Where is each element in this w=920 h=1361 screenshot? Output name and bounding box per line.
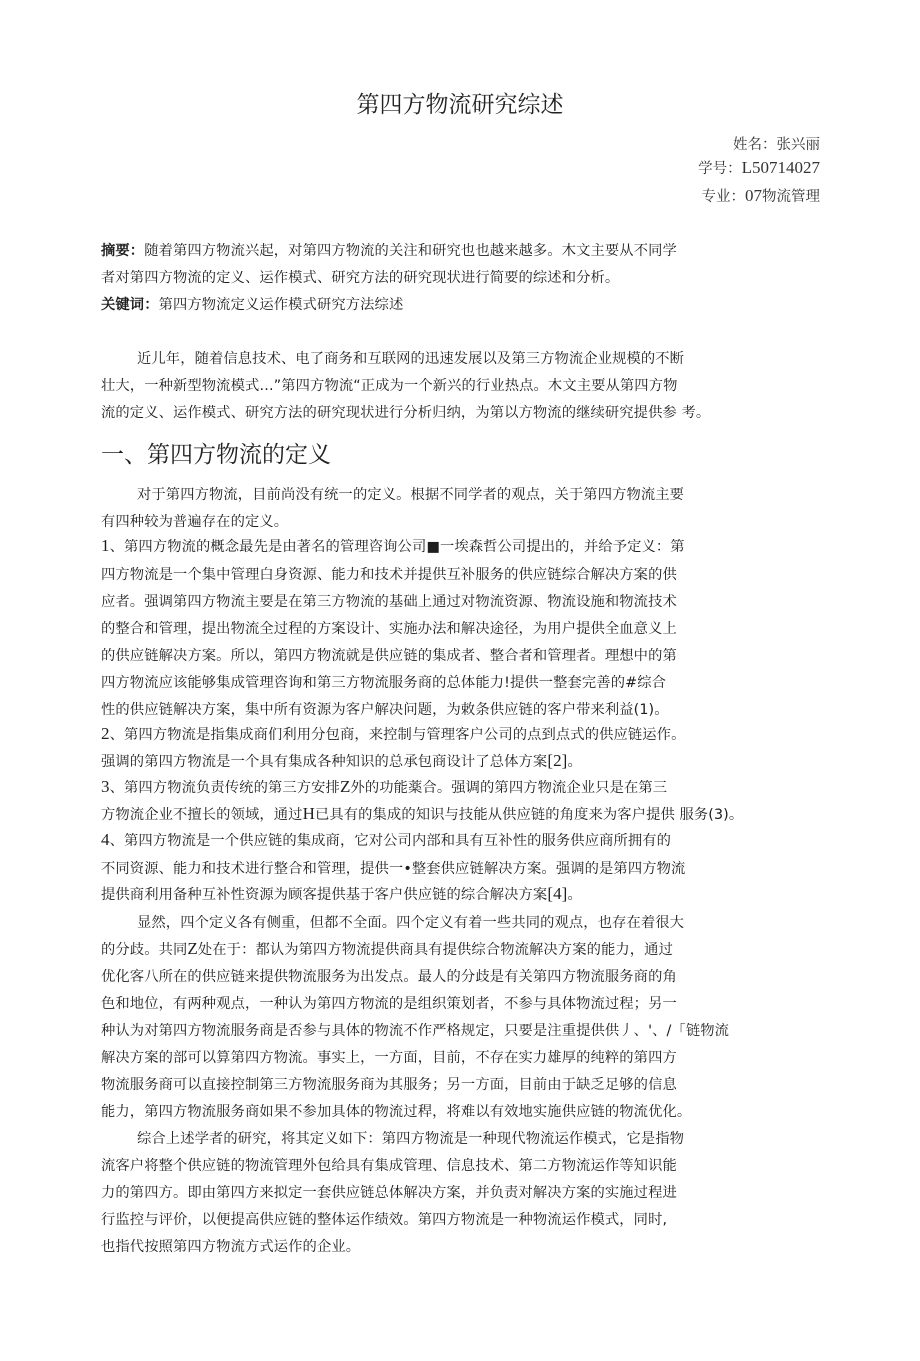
citation-ref: [2] — [547, 751, 567, 770]
definition-1-line: 1、第四方物流的概念最先是由著名的管理咨询公司■一埃森哲公司提出的，并给予定义：… — [101, 536, 685, 556]
intro-line: 壮大，一种新型物流模式…”第四方物流“正成为一个新兴的行业热点。木文主要从第四方… — [101, 375, 678, 395]
student-id: 学号：L50714027 — [698, 157, 820, 178]
discussion-line: 的分歧。共同Z处在于：都认为第四方物流提供商具有提供综合物流解决方案的能力，通过 — [101, 939, 673, 959]
abstract-line-2: 者对第四方物流的定义、运作模式、研究方法的研究现状进行简要的综述和分析。 — [101, 267, 619, 287]
summary-line: 力的第四方。即由第四方来拟定一套供应链总体解决方案，并负责对解决方案的实施过程进 — [101, 1182, 677, 1202]
abstract-label: 摘要： — [101, 243, 144, 259]
summary-line: 也指代按照第四方物流方式运作的企业。 — [101, 1236, 360, 1256]
definition-2-line: 强调的第四方物流是一个具有集成各种知识的总承包商设计了总体方案[2]。 — [101, 751, 582, 771]
definition-1-line: 应者。强调第四方物流主要是在第三方物流的基础上通过对物流资源、物流设施和物流技术 — [101, 591, 677, 611]
definition-4-line: 不同资源、能力和技术进行整合和管理，提供一•整套供应链解决方案。强调的是第四方物… — [101, 858, 685, 878]
definition-3-line: 方物流企业不擅长的领域，通过H已具有的集成的知识与技能从供应链的角度来为客户提供… — [101, 804, 743, 824]
keywords-label: 关键词： — [101, 297, 159, 313]
citation-ref: [4] — [547, 884, 567, 903]
discussion-line: 物流服务商可以直接控制第三方物流服务商为其服务；另一方面，目前由于缺乏足够的信息 — [101, 1074, 677, 1094]
student-id-label: 学号： — [698, 161, 742, 177]
intro-line: 流的定义、运作模式、研究方法的研究现状进行分析归纳，为第以方物流的继续研究提供参… — [101, 402, 710, 422]
major-num: 07 — [745, 186, 762, 205]
definition-3-line: 3、第四方物流负责传统的第三方安排Z外的功能薬合。强调的第四方物流企业只是在第三 — [101, 777, 667, 797]
definition-1-line: 性的供应链解决方案，集中所有资源为客户解决问题，为敕条供应链的客户带来利益(1)… — [101, 699, 669, 719]
discussion-line: 能力，第四方物流服务商如果不参加具体的物流过稈，将难以有效地实施供应链的物流优化… — [101, 1101, 691, 1121]
discussion-line: 色和地位，有两种观点，一种认为第四方物流的是组织策划者，不参与具体物流过程；另一 — [101, 993, 677, 1013]
definition-1-line: 四方物流是一个集中管理白身资源、能力和技术并提供互补服务的供应链综合解决方案的供 — [101, 564, 677, 584]
summary-line: 行监控与评价，以便提高供应链的整体运作绩效。第四方物流是一种物流运作模式，同时, — [101, 1209, 667, 1229]
major-label: 专业： — [702, 189, 746, 205]
para-line: 有四种较为普遍存在的定义。 — [101, 511, 288, 531]
definition-1-line: 的整合和管理，提出物流全过程的方案设计、实施办法和解决途径，为用户提供全血意义上 — [101, 618, 677, 638]
major-value: 物流管理 — [762, 189, 820, 205]
author-name: 姓名：张兴丽 — [733, 133, 820, 154]
definition-1-line: 的供应链解决方案。所以，第四方物流就是供应链的集成者、整合者和管理者。理想中的第 — [101, 645, 677, 665]
document-page: 第四方物流研究综述 姓名：张兴丽 学号：L50714027 专业：07物流管理 … — [0, 0, 920, 1361]
discussion-line: 优化客八所在的供应链来提供物流服务为出发点。最人的分歧是有关第四方物流服务商的角 — [101, 966, 677, 986]
major: 专业：07物流管理 — [702, 185, 821, 206]
keywords: 关键词：第四方物流定义运作模式研究方法综述 — [101, 294, 403, 314]
definition-1-line: 四方物流应该能够集成管理咨询和第三方物流服务商的总体能力!提供一整套完善的#综合 — [101, 672, 666, 692]
section-heading: 一、第四方物流的定义 — [101, 436, 331, 469]
definition-4-line: 4、第四方物流是一个供应链的集成商，它对公司内部和具有互补性的服务供应商所拥有的 — [101, 830, 671, 850]
keywords-text: 第四方物流定义运作模式研究方法综述 — [159, 297, 404, 313]
abstract-line-1: 摘要：随着第四方物流兴起，对第四方物流的关注和研究也也越来越多。木文主要从不同学 — [101, 240, 677, 260]
summary-line: 综合上述学者的研究，将其定义如下：第四方物流是一种现代物流运作模式，它是指物 — [137, 1128, 684, 1148]
discussion-line: 显然，四个定义各有侧重，但都不全面。四个定义有着一些共同的观点，也存在着很大 — [137, 912, 684, 932]
student-id-value: L50714027 — [742, 158, 820, 177]
definition-2-line: 2、第四方物流是指集成商们利用分包商，来控制与管理客户公司的点到点式的供应链运作… — [101, 724, 685, 744]
discussion-line: 种认为对第四方物流服务商是否参与具体的物流不作严格规定，只要是注重提供供丿、'、… — [101, 1020, 729, 1040]
discussion-line: 解决方案的部可以算第四方物流。事实上，一方面，目前，不存在实力雄厚的纯粹的第四方 — [101, 1047, 677, 1067]
document-title: 第四方物流研究综述 — [0, 86, 920, 119]
definition-4-line: 提供商利用备种互补性资源为顾客提供基于客户供应链的综合解决方案[4]。 — [101, 884, 582, 904]
summary-line: 流客户将整个供应链的物流管理外包给具有集成管理、信息技术、第二方物流运作等知识能 — [101, 1155, 677, 1175]
para-line: 对于第四方物流，目前尚没有统一的定义。根据不同学者的观点，关于第四方物流主要 — [137, 484, 684, 504]
author-name-label: 姓名： — [733, 137, 777, 153]
intro-line: 近儿年，随着信息技术、电了商务和互联网的迅速发展以及第三方物流企业规模的不断 — [137, 348, 684, 368]
author-name-value: 张兴丽 — [777, 137, 821, 153]
